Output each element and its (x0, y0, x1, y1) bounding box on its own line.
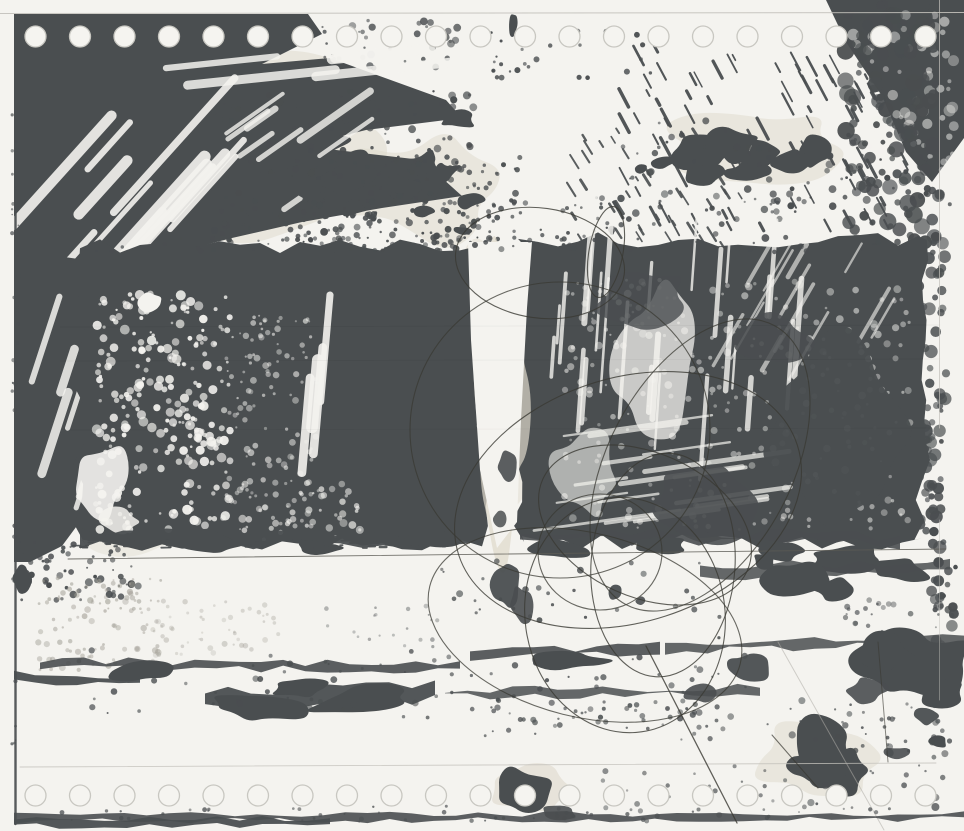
artwork-scan (0, 0, 964, 831)
monotype-print-svg (0, 0, 964, 831)
central-ink-blocks (70, 195, 930, 573)
